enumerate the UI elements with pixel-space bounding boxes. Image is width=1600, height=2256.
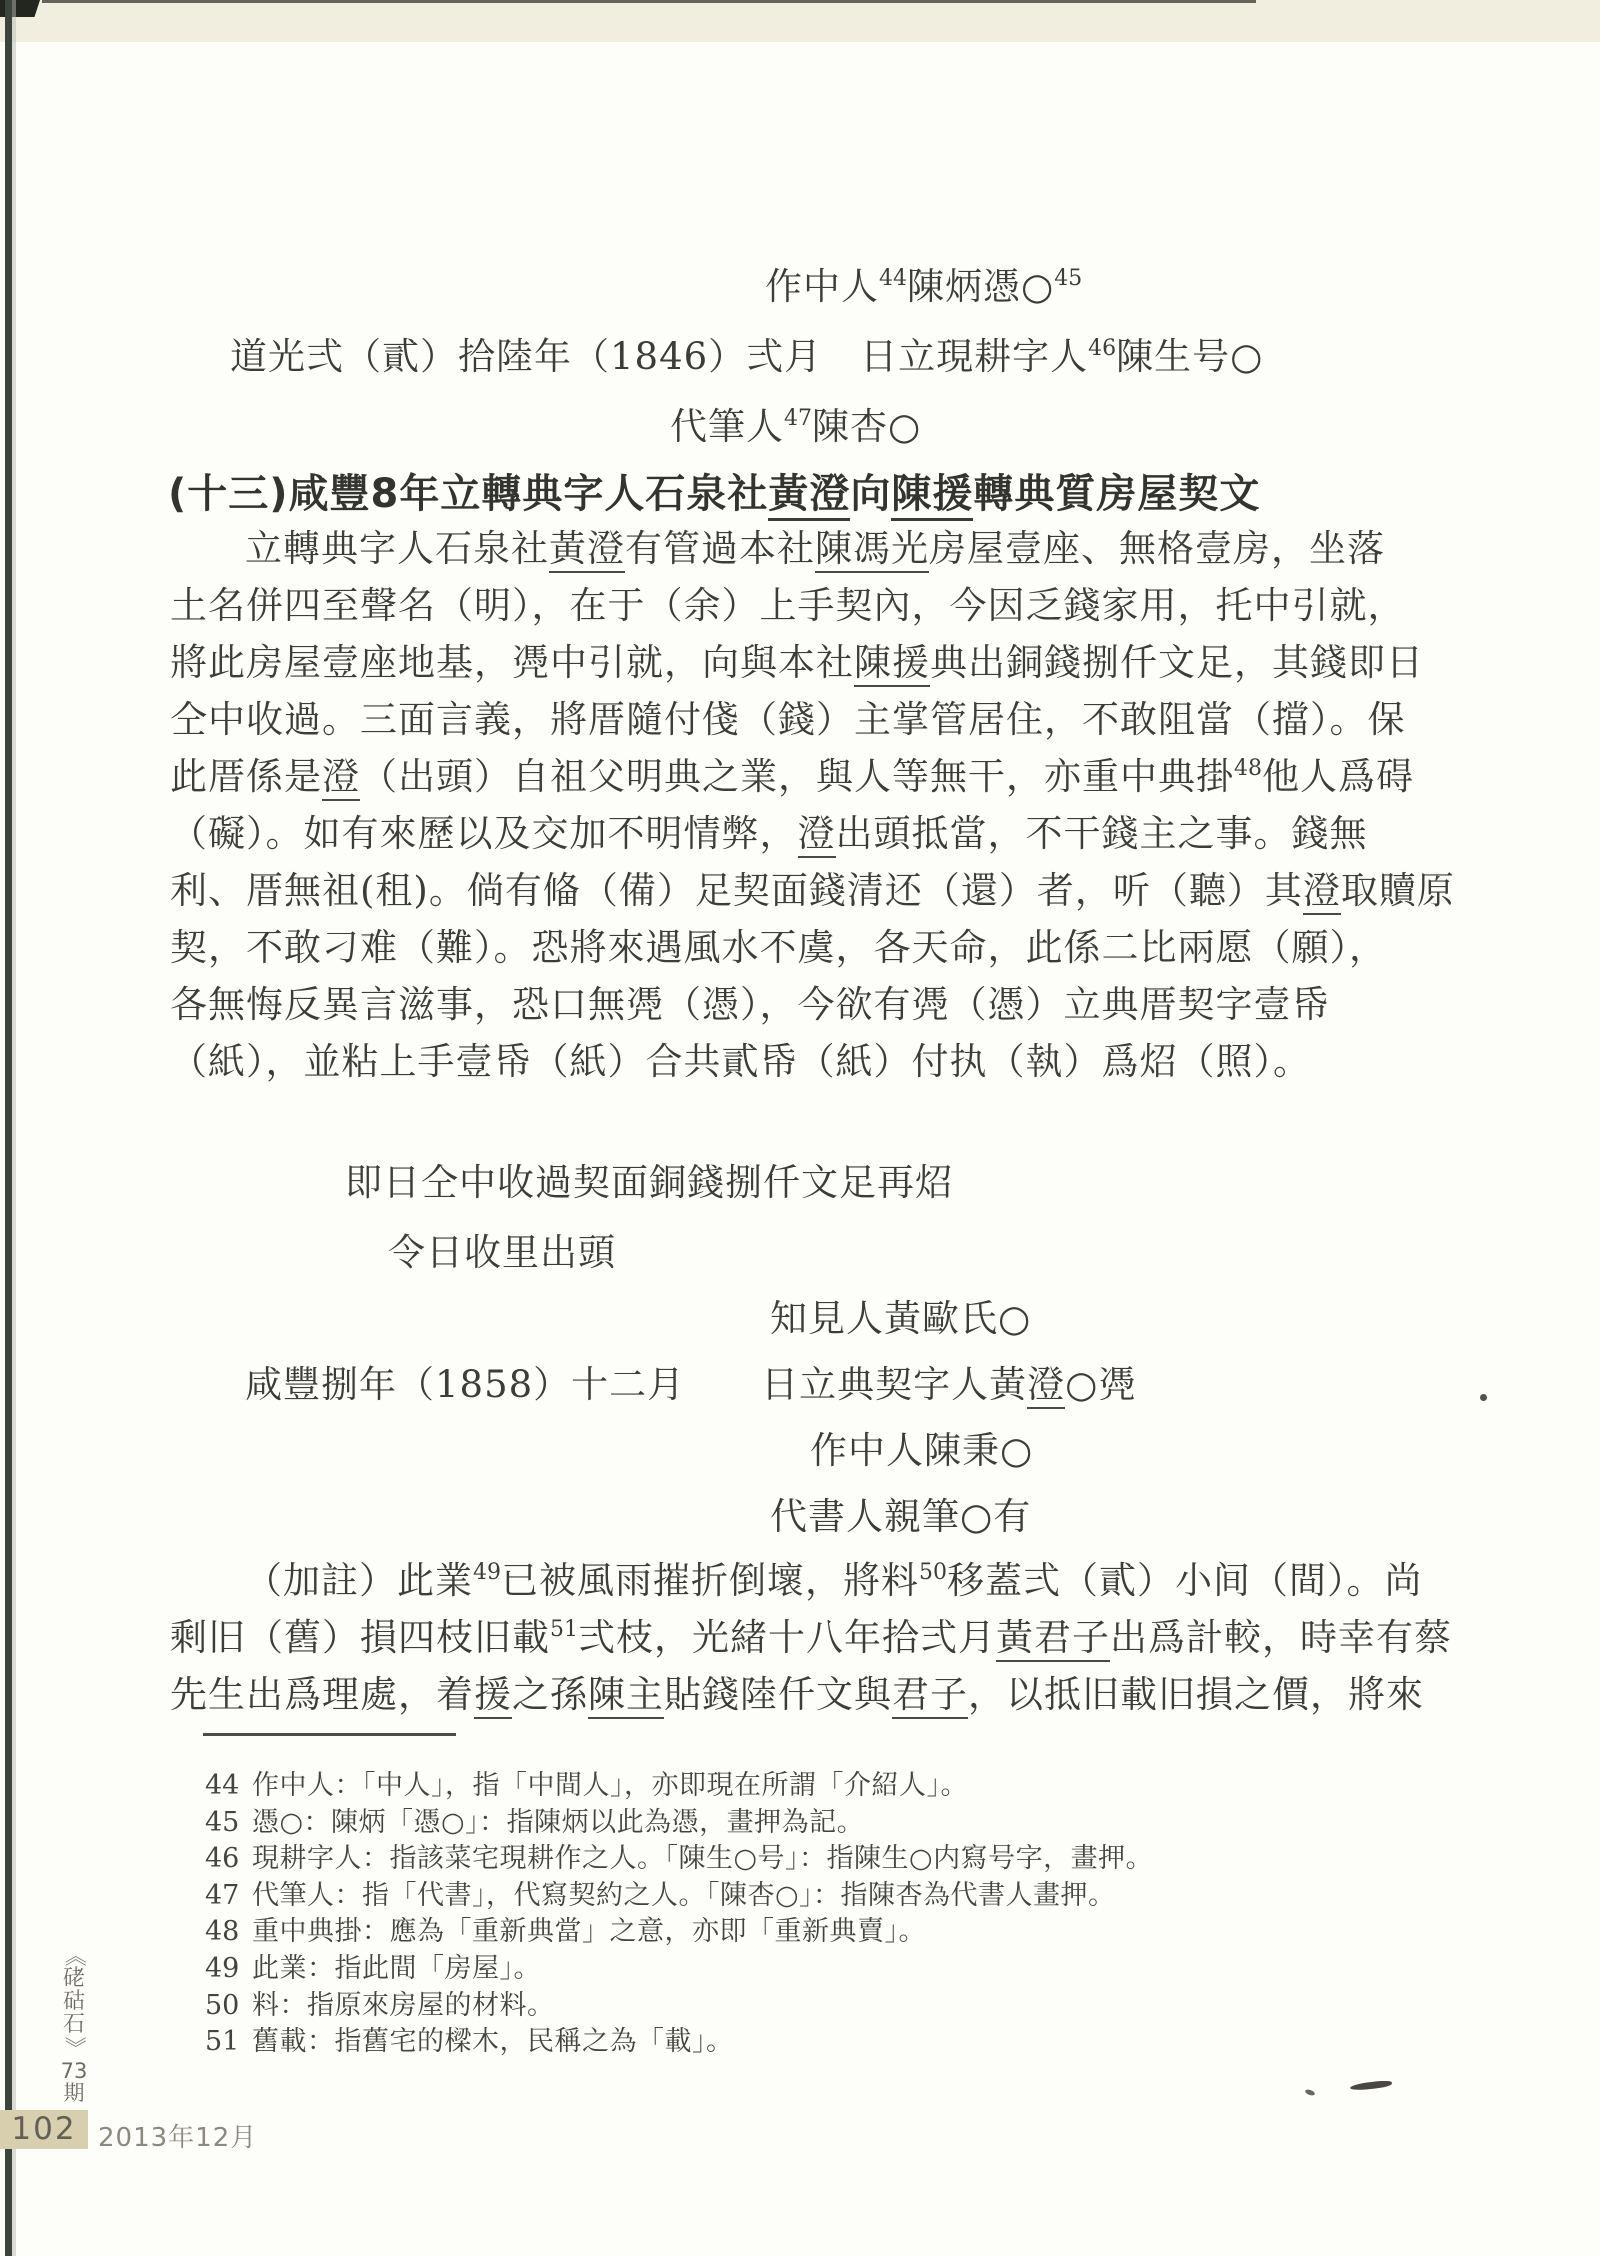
text-run: 向	[850, 471, 891, 517]
footnote-item: 51舊載：指舊宅的樑木，民稱之為「載」。	[205, 2019, 1455, 2056]
footnote-separator	[203, 1733, 456, 1736]
receipt-line: 即日仝中收過契面銅錢捌仟文足再炤	[345, 1152, 1450, 1222]
signature-line: 代筆人47陳杏○	[670, 396, 1450, 466]
text-run: 之孫	[512, 1673, 588, 1716]
proper-noun-underlined: 陳馮光	[815, 527, 929, 573]
contract-1858-signature-block: 知見人黃歐氏○咸豐捌年（1858）十二月 日立典契字人黃澄○凴作中人陳秉○代書人…	[170, 1288, 1450, 1552]
text-run: 道光弍（貳）拾陸年（1846）弍月 日立現耕字人	[230, 335, 1088, 378]
text-run: 舊載：指舊宅的樑木，民稱之為「載」。	[252, 2026, 734, 2057]
text-run: （礙）。如有來歷以及交加不明情弊，	[170, 812, 798, 855]
text-run: 利、厝無祖(租)。倘有偹（備）足契面錢清还（還）者，听（聽）其	[170, 869, 1303, 912]
proper-noun-underlined: 陳援	[854, 641, 930, 687]
receipt-acknowledgement-lines: 即日仝中收過契面銅錢捌仟文足再炤令日收里出頭	[170, 1152, 1450, 1292]
scan-top-band	[0, 0, 1600, 42]
scan-speck	[1304, 2088, 1315, 2096]
text-run: 料：指原來房屋的材料。	[252, 1990, 555, 2021]
footnote-ref: 49	[473, 1560, 501, 1585]
journal-title-char: 石	[60, 2013, 88, 2036]
proper-noun-underlined: 澄	[322, 755, 360, 801]
text-run: （加註）此業	[245, 1559, 473, 1602]
text-run: 陳生号○	[1116, 335, 1263, 378]
annotation-line: （加註）此業49已被風雨摧折倒壞，將料50移蓋弍（貳）小间（間）。尚	[245, 1550, 1450, 1607]
text-run: 陳杏○	[812, 405, 921, 448]
signature-line: 咸豐捌年（1858）十二月 日立典契字人黃澄○凴	[245, 1354, 1450, 1420]
footnote-item: 49此業：指此間「房屋」。	[205, 1946, 1455, 1983]
text-run: (十三)咸豐8年立轉典字人石泉社	[168, 471, 768, 517]
text-run: 重中典掛：應為「重新典當」之意，亦即「重新典賣」。	[252, 1916, 926, 1947]
footnote-number: 50	[205, 1990, 252, 2021]
text-run: 弍枝，光緒十八年拾弍月	[578, 1616, 996, 1659]
proper-noun-underlined: 黃澄	[768, 471, 850, 521]
footnote-item: 46現耕字人：指該菜宅現耕作之人。「陳生○号」：指陳生○内寫号字，畫押。	[205, 1836, 1455, 1873]
footnote-ref: 51	[550, 1617, 578, 1642]
receipt-line: 令日收里出頭	[388, 1222, 1450, 1292]
proper-noun-underlined: 陳主	[588, 1673, 664, 1719]
body-line: 各無悔反異言滋事，恐口無凴（憑），今欲有凴（憑）立典厝契字壹帋	[170, 974, 1450, 1031]
text-run: 剩旧（舊）損四枝旧載	[170, 1616, 550, 1659]
journal-title-char: 》	[60, 2036, 88, 2059]
text-run: 此厝係是	[170, 755, 322, 798]
text-run: 移蓋弍（貳）小间（間）。尚	[947, 1559, 1423, 1602]
issue-number-value: 73	[56, 2060, 92, 2082]
annotation-line: 先生出爲理處，着援之孫陳主貼錢陸仟文與君子，以抵旧載旧損之價，將來	[170, 1664, 1450, 1721]
heading-line: (十三)咸豐8年立轉典字人石泉社黃澄向陳援轉典質房屋契文	[168, 462, 1458, 519]
footnote-number: 51	[205, 2026, 252, 2057]
body-line: （紙），並粘上手壹帋（紙）合共貳帋（紙）付执（執）爲炤（照）。	[170, 1031, 1450, 1088]
scan-speck	[1350, 2080, 1393, 2091]
body-line: 此厝係是澄（出頭）自祖父明典之業，與人等無干，亦重中典掛48他人爲碍	[170, 746, 1450, 803]
footnote-ref: 50	[919, 1560, 947, 1585]
signature-line: 知見人黃歐氏○	[770, 1288, 1450, 1354]
text-run: 貼錢陸仟文與	[664, 1673, 892, 1716]
text-run: 有管過本社	[625, 527, 815, 570]
text-run: 即日仝中收過契面銅錢捌仟文足再炤	[345, 1161, 953, 1204]
annotation-line: 剩旧（舊）損四枝旧載51弍枝，光緒十八年拾弍月黃君子出爲計較，時幸有蔡	[170, 1607, 1450, 1664]
text-run: 現耕字人：指該菜宅現耕作之人。「陳生○号」：指陳生○内寫号字，畫押。	[252, 1843, 1153, 1874]
signature-line: 作中人44陳炳憑○45	[765, 256, 1450, 326]
text-run: 令日收里出頭	[388, 1231, 616, 1274]
body-line: 土名併四至聲名（明），在于（余）上手契內，今因乏錢家用，托中引就，	[170, 575, 1450, 632]
proper-noun-underlined: 黃澄	[549, 527, 625, 573]
scan-left-edge-line	[5, 0, 12, 2256]
footnote-ref: 48	[1234, 756, 1262, 781]
issue-number: 73 期	[56, 2060, 92, 2104]
text-run: 作中人	[765, 265, 879, 308]
text-run: 他人爲碍	[1262, 755, 1414, 798]
text-run: ，以抵旧載旧損之價，將來	[968, 1673, 1424, 1716]
footnote-item: 50料：指原來房屋的材料。	[205, 1983, 1455, 2020]
publication-date: 2013年12月	[98, 2117, 257, 2154]
text-run: 土名併四至聲名（明），在于（余）上手契內，今因乏錢家用，托中引就，	[170, 584, 1406, 627]
journal-title-char: 《	[60, 1944, 88, 1967]
text-run: 作中人陳秉○	[810, 1429, 1033, 1472]
scan-speck	[1480, 1394, 1487, 1401]
text-run: 契，不敢刁难（難）。恐將來遇風水不虞，各天命，此係二比兩愿（願），	[170, 926, 1387, 969]
body-line: 將此房屋壹座地基，凴中引就，向與本社陳援典出銅錢捌仟文足，其錢即日	[170, 632, 1450, 689]
body-line: （礙）。如有來歷以及交加不明情弊，澄出頭抵當，不干錢主之事。錢無	[170, 803, 1450, 860]
proper-noun-underlined: 澄	[1303, 869, 1341, 915]
footnote-item: 45憑○：陳炳「憑○」：指陳炳以此為憑，畫押為記。	[205, 1800, 1455, 1837]
text-run: 房屋壹座、無格壹房，坐落	[929, 527, 1385, 570]
text-run: 代筆人	[670, 405, 784, 448]
text-run: （紙），並粘上手壹帋（紙）合共貳帋（紙）付执（執）爲炤（照）。	[170, 1040, 1311, 1083]
signature-line: 道光弍（貳）拾陸年（1846）弍月 日立現耕字人46陳生号○	[230, 326, 1450, 396]
text-run: 作中人：「中人」，指「中間人」，亦即現在所謂「介紹人」。	[252, 1770, 968, 1801]
body-line: 仝中收過。三面言義，將厝隨付俴（錢）主掌管居住，不敢阻當（擋）。保	[170, 689, 1450, 746]
issue-number-unit: 期	[56, 2082, 92, 2104]
text-run: 各無悔反異言滋事，恐口無凴（憑），今欲有凴（憑）立典厝契字壹帋	[170, 983, 1330, 1026]
text-run: 咸豐捌年（1858）十二月 日立典契字人黃	[245, 1363, 1027, 1406]
footnote-number: 47	[205, 1880, 252, 1911]
text-run: 取贖原	[1341, 869, 1455, 912]
section-heading: (十三)咸豐8年立轉典字人石泉社黃澄向陳援轉典質房屋契文	[168, 462, 1458, 519]
footnote-ref: 44	[879, 266, 907, 291]
proper-noun-underlined: 澄	[1027, 1363, 1065, 1409]
text-run: 仝中收過。三面言義，將厝隨付俴（錢）主掌管居住，不敢阻當（擋）。保	[170, 698, 1406, 741]
page-number-badge: 102	[0, 2110, 88, 2149]
text-run: 典出銅錢捌仟文足，其錢即日	[930, 641, 1424, 684]
body-line: 契，不敢刁难（難）。恐將來遇風水不虞，各天命，此係二比兩愿（願），	[170, 917, 1450, 974]
contract-body-paragraph: 立轉典字人石泉社黃澄有管過本社陳馮光房屋壹座、無格壹房，坐落土名併四至聲名（明）…	[170, 518, 1450, 1088]
text-run: 此業：指此間「房屋」。	[252, 1953, 541, 1984]
text-run: 已被風雨摧折倒壞，將料	[501, 1559, 919, 1602]
journal-title-char: 𥑮	[60, 1990, 88, 2013]
footnote-item: 44作中人：「中人」，指「中間人」，亦即現在所謂「介紹人」。	[205, 1763, 1455, 1800]
footnote-item: 48重中典掛：應為「重新典當」之意，亦即「重新典賣」。	[205, 1909, 1455, 1946]
added-note-paragraph: （加註）此業49已被風雨摧折倒壞，將料50移蓋弍（貳）小间（間）。尚剩旧（舊）損…	[170, 1550, 1450, 1721]
text-run: 先生出爲理處，着	[170, 1673, 474, 1716]
footnote-ref: 46	[1088, 336, 1116, 361]
text-run: 代筆人：指「代書」，代寫契約之人。「陳杏○」：指陳杏為代書人畫押。	[252, 1880, 1116, 1911]
journal-title-vertical: 《 硓 𥑮 石 》	[60, 1944, 88, 2059]
text-run: 將此房屋壹座地基，凴中引就，向與本社	[170, 641, 854, 684]
scan-top-edge-line	[42, 0, 1256, 3]
footnote-number: 49	[205, 1953, 252, 1984]
body-line: 利、厝無祖(租)。倘有偹（備）足契面錢清还（還）者，听（聽）其澄取贖原	[170, 860, 1450, 917]
footnote-item: 47代筆人：指「代書」，代寫契約之人。「陳杏○」：指陳杏為代書人畫押。	[205, 1873, 1455, 1910]
text-run: （出頭）自祖父明典之業，與人等無干，亦重中典掛	[360, 755, 1234, 798]
text-run: ○凴	[1065, 1363, 1136, 1406]
proper-noun-underlined: 黃君子	[996, 1616, 1110, 1662]
footnote-number: 44	[205, 1770, 252, 1801]
footnote-number: 48	[205, 1916, 252, 1947]
text-run: 知見人黃歐氏○	[770, 1297, 1031, 1340]
text-run: 出頭抵當，不干錢主之事。錢無	[836, 812, 1368, 855]
text-run: 立轉典字人石泉社	[245, 527, 549, 570]
text-run: 憑○：陳炳「憑○」：指陳炳以此為憑，畫押為記。	[252, 1807, 864, 1838]
text-run: 陳炳憑○	[907, 265, 1054, 308]
text-run: 轉典質房屋契文	[973, 471, 1260, 517]
text-run: 出爲計較，時幸有蔡	[1110, 1616, 1452, 1659]
proper-noun-underlined: 援	[474, 1673, 512, 1719]
journal-title-char: 硓	[60, 1967, 88, 1990]
footnotes-list: 44作中人：「中人」，指「中間人」，亦即現在所謂「介紹人」。45憑○：陳炳「憑○…	[205, 1763, 1455, 2056]
body-line: 立轉典字人石泉社黃澄有管過本社陳馮光房屋壹座、無格壹房，坐落	[245, 518, 1450, 575]
proper-noun-underlined: 澄	[798, 812, 836, 858]
signature-line: 代書人親筆○有	[770, 1486, 1450, 1552]
footnote-number: 46	[205, 1843, 252, 1874]
proper-noun-underlined: 陳援	[891, 471, 973, 521]
signature-line: 作中人陳秉○	[810, 1420, 1450, 1486]
scanned-journal-page: { "top_signatures": [ {"indent":595,"seg…	[0, 0, 1600, 2256]
footnote-ref: 45	[1054, 266, 1082, 291]
scan-left-edge-shadow	[12, 0, 16, 2256]
footnote-number: 45	[205, 1807, 252, 1838]
contract-1846-signature-lines: 作中人44陳炳憑○45道光弍（貳）拾陸年（1846）弍月 日立現耕字人46陳生号…	[170, 256, 1450, 466]
text-run: 代書人親筆○有	[770, 1495, 1031, 1538]
footnote-ref: 47	[784, 406, 812, 431]
proper-noun-underlined: 君子	[892, 1673, 968, 1719]
